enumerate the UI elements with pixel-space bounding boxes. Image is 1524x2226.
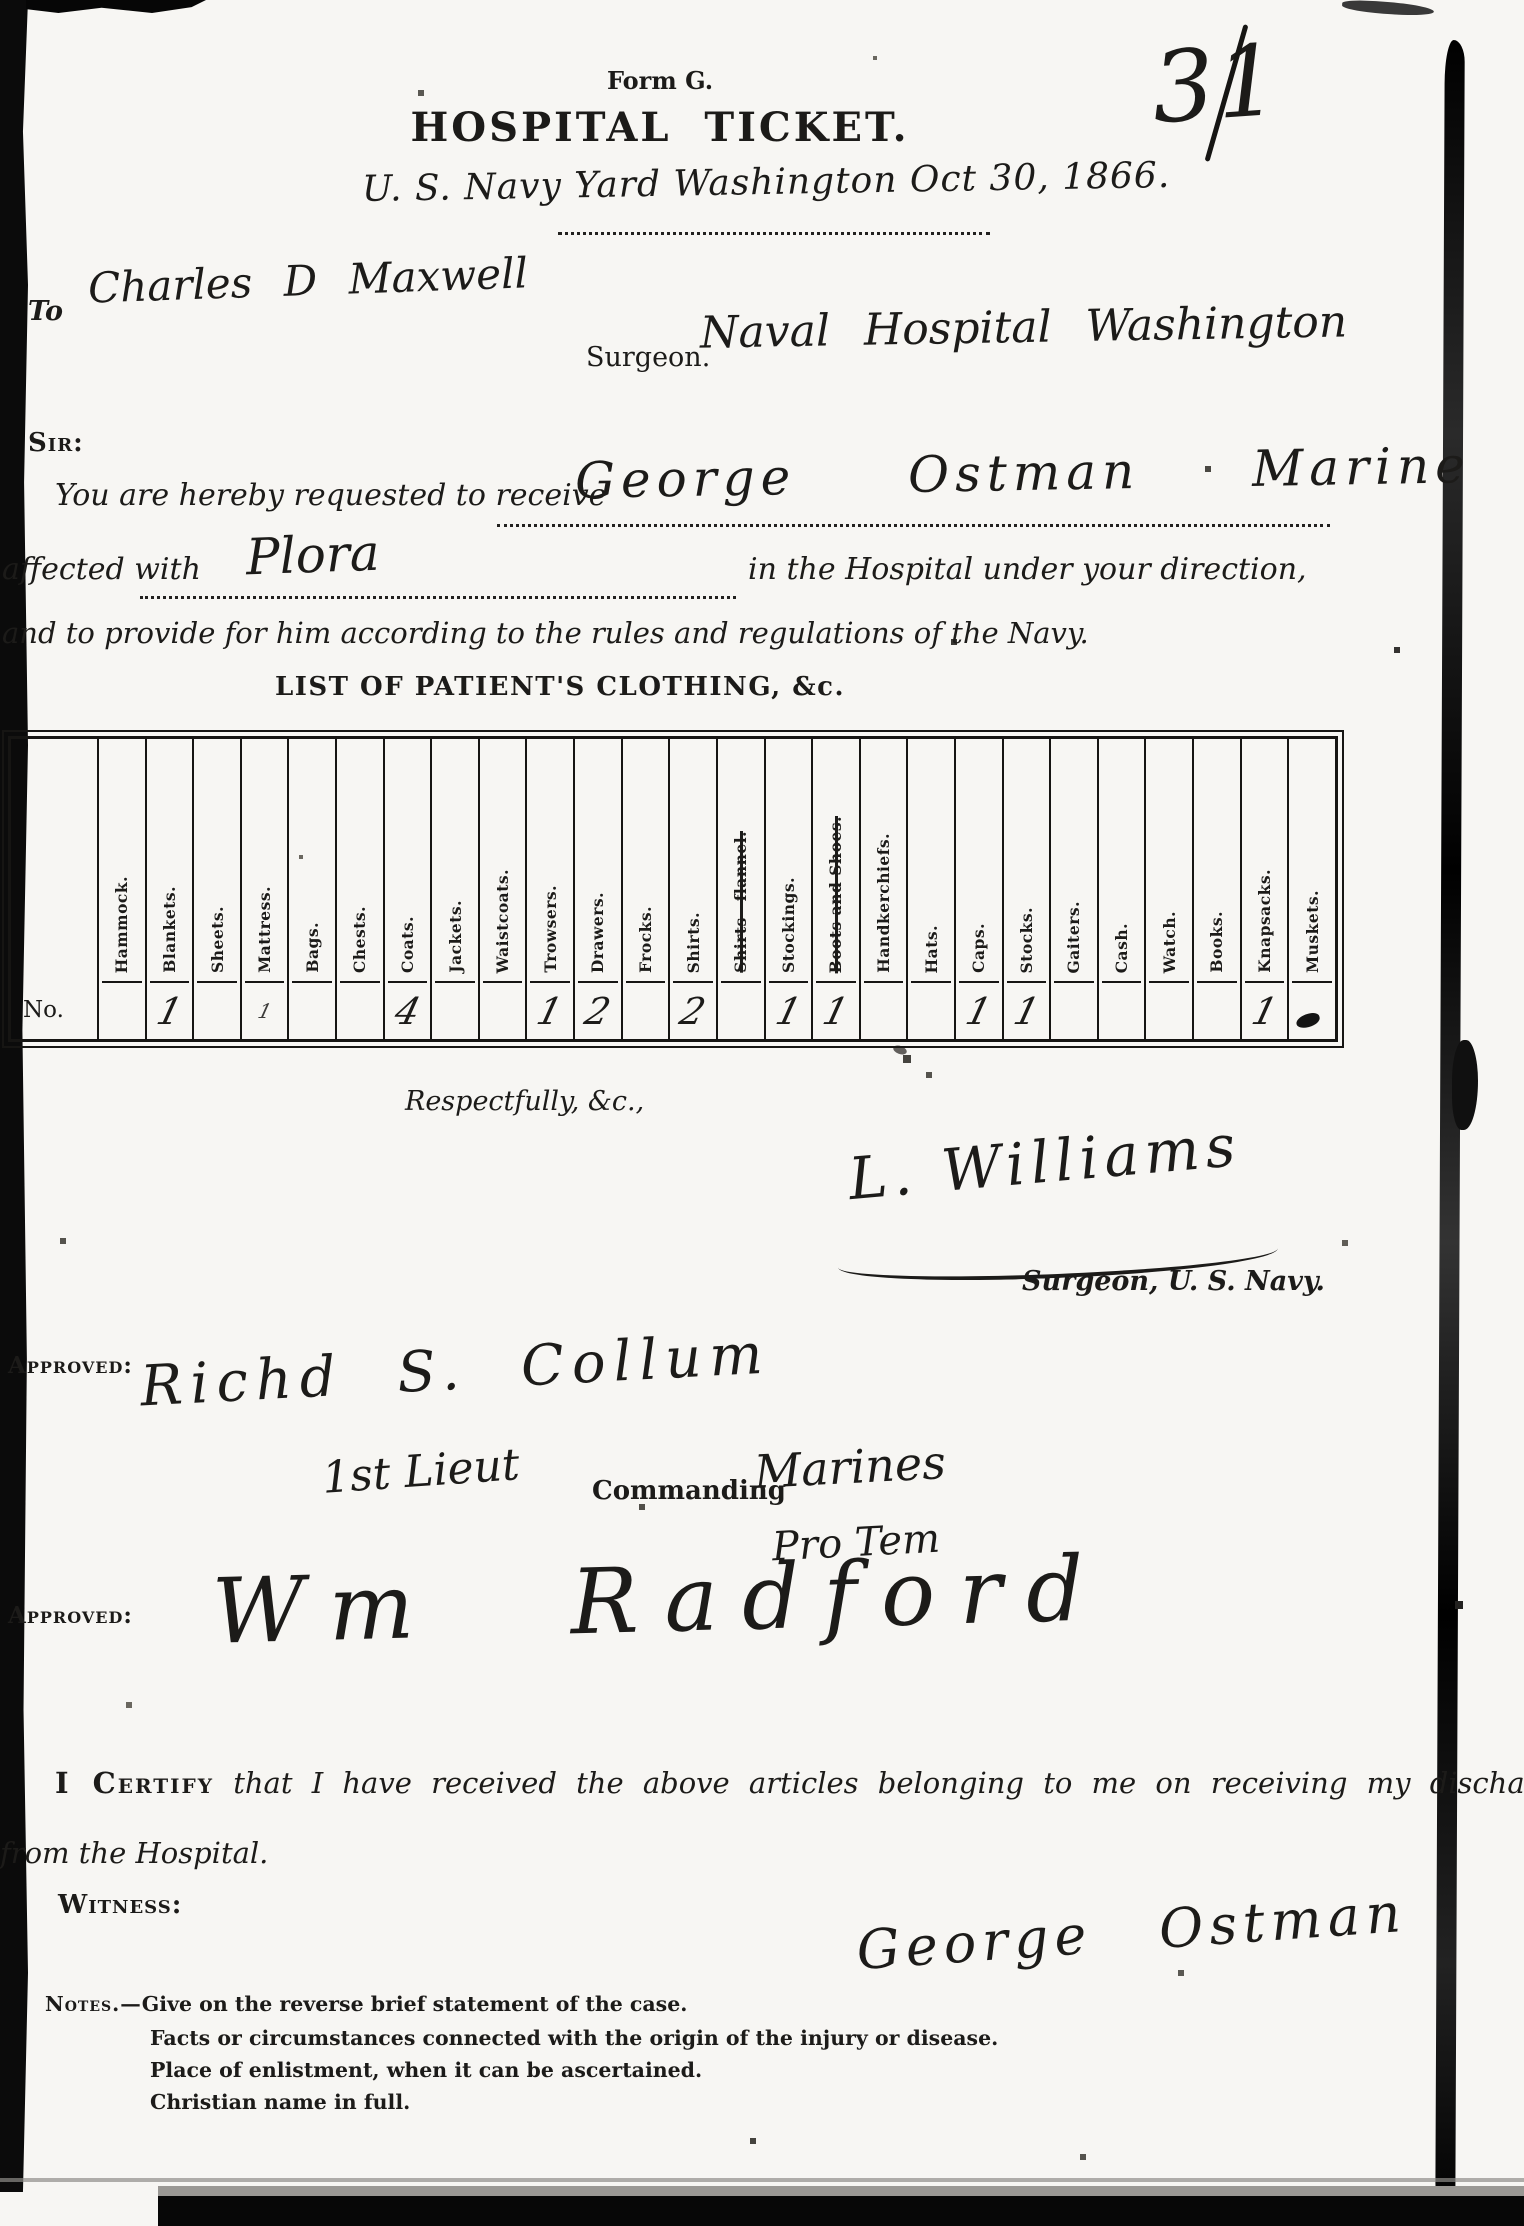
clothing-column-label: Stockings.	[779, 877, 798, 973]
clothing-column-label: Stocks.	[1017, 907, 1036, 974]
certify-lead: I Certify	[55, 1766, 214, 1800]
clothing-column-label: Hammock.	[112, 876, 131, 973]
clothing-column: Handkerchiefs.	[859, 739, 907, 1039]
witness-label: Witness:	[58, 1890, 182, 1920]
row-label: No.	[23, 997, 64, 1023]
scan-mark-top-right	[1342, 0, 1435, 17]
clothing-column-label: Drawers.	[588, 892, 607, 973]
diagnosis-dotted-line	[140, 596, 736, 599]
request-label: You are hereby requested to receive	[55, 478, 606, 513]
clothing-column-label: Knapsacks.	[1255, 869, 1274, 973]
hospital-ticket-scan: Form G. HOSPITAL TICKET. 31 U. S. Navy Y…	[0, 0, 1524, 2226]
clothing-column: Caps.1	[954, 739, 1002, 1039]
clothing-column-label: Blankets.	[160, 886, 179, 973]
clothing-column: Muskets.	[1287, 739, 1335, 1039]
notes-line-1: Notes.—Give on the reverse brief stateme…	[45, 1992, 687, 2016]
notes-item: Place of enlistment, when it can be asce…	[150, 2058, 702, 2082]
notes-item: Christian name in full.	[150, 2090, 410, 2114]
clothing-column: Gaiters.	[1049, 739, 1097, 1039]
clothing-column-label: Gaiters.	[1064, 901, 1083, 973]
page-title: HOSPITAL TICKET.	[340, 104, 980, 151]
scan-edge-bottom	[158, 2196, 1524, 2226]
clothing-column-label: Frocks.	[636, 906, 655, 973]
patient-name-dotted-line	[497, 524, 1330, 527]
clothing-column-label: Muskets.	[1303, 890, 1322, 973]
form-label: Form G.	[440, 66, 880, 95]
clothing-column: Jackets.	[430, 739, 478, 1039]
surgeon-station-handwriting: Naval Hospital Washington	[700, 296, 1348, 358]
clothing-column: Blankets.1	[145, 739, 193, 1039]
clothing-column: Cash.	[1097, 739, 1145, 1039]
ink-smudge	[892, 1044, 908, 1056]
clothing-column: Knapsacks.1	[1240, 739, 1288, 1039]
clothing-column-label: Bags.	[303, 922, 322, 973]
certify-line-2: from the Hospital.	[0, 1836, 268, 1870]
respectfully-text: Respectfully, &c.,	[405, 1086, 644, 1117]
clothing-column: Shirts—flannel.	[716, 739, 764, 1039]
clothing-column-label: Chests.	[350, 906, 369, 973]
scan-ink-blob	[1452, 1040, 1478, 1130]
clothing-column-label: Caps.	[969, 923, 988, 973]
clothing-column-label: Trowsers.	[541, 885, 560, 973]
approved-label-1: Approved:	[8, 1352, 133, 1379]
clothing-column-label: Watch.	[1160, 911, 1179, 973]
clothing-column: Sheets.	[192, 739, 240, 1039]
clothing-column-label: Coats.	[398, 916, 417, 973]
clothing-column: Stocks.1	[1002, 739, 1050, 1039]
notes-intro: Give on the reverse brief statement of t…	[142, 1992, 688, 2016]
addressee-handwriting: Charles D Maxwell	[87, 248, 528, 312]
clothing-list-heading: LIST OF PATIENT'S CLOTHING, &c.	[160, 672, 960, 702]
certify-body: that I have received the above articles …	[233, 1766, 1524, 1800]
clothing-column-label: Handkerchiefs.	[874, 833, 893, 973]
clothing-column: Drawers.2	[573, 739, 621, 1039]
surgeon-label: Surgeon.	[586, 342, 710, 373]
provide-text: and to provide for him according to the …	[2, 616, 1089, 650]
affected-with-label: affected with	[2, 552, 201, 587]
clothing-column: Watch.	[1144, 739, 1192, 1039]
clothing-table-no-cell: No.	[11, 739, 97, 1039]
clothing-column: Stockings.1	[764, 739, 812, 1039]
clothing-column: Books.	[1192, 739, 1240, 1039]
scan-mark-top-left	[26, 0, 206, 13]
clothing-column-label: Shirts—flannel.	[731, 831, 750, 973]
approver-signature-1: Richd S. Collum	[139, 1322, 772, 1420]
clothing-column: Boots and Shoes.1	[811, 739, 859, 1039]
clothing-column-label: Books.	[1207, 911, 1226, 973]
scan-edge-right	[1435, 40, 1465, 2226]
approver-rank-handwriting: 1st Lieut	[320, 1439, 521, 1504]
patient-name-handwriting: George Ostman Marine	[575, 436, 1472, 510]
clothing-column-label: Jackets.	[446, 900, 465, 973]
clothing-column-label: Waistcoats.	[493, 869, 512, 973]
clothing-column-label: Hats.	[922, 925, 941, 973]
clothing-column: Shirts.2	[668, 739, 716, 1039]
surgeon-title: Surgeon, U. S. Navy.	[1022, 1266, 1325, 1297]
clothing-column: Coats.4	[383, 739, 431, 1039]
scan-specks	[0, 0, 2, 2]
clothing-column: Frocks.	[621, 739, 669, 1039]
surgeon-signature: L. Williams	[846, 1111, 1244, 1213]
clothing-column: Mattress.1	[240, 739, 288, 1039]
clothing-column-label: Sheets.	[208, 906, 227, 973]
clothing-column: Trowsers.1	[525, 739, 573, 1039]
approved-label-2: Approved:	[8, 1602, 133, 1629]
certify-line-1: I Certify that I have received the above…	[55, 1766, 1524, 1800]
scan-line-bottom	[0, 2178, 1524, 2182]
clothing-column: Bags.	[287, 739, 335, 1039]
notes-label: Notes.—	[45, 1992, 142, 2016]
direction-text: in the Hospital under your direction,	[748, 552, 1307, 587]
clothing-column-label: Shirts.	[684, 912, 703, 973]
patient-signature: George Ostman	[854, 1881, 1408, 1982]
clothing-column: Hats.	[906, 739, 954, 1039]
diagnosis-handwriting: Plora	[245, 524, 380, 587]
clothing-column: Chests.	[335, 739, 383, 1039]
clothing-column: Waistcoats.	[478, 739, 526, 1039]
date-line-handwriting: U. S. Navy Yard Washington Oct 30, 1866.	[362, 155, 1171, 210]
clothing-table: No. Hammock.Blankets.1Sheets.Mattress.1B…	[8, 736, 1338, 1042]
to-label: To	[28, 296, 63, 327]
salutation: Sir:	[28, 428, 84, 458]
clothing-column: Hammock.	[97, 739, 145, 1039]
date-dotted-line	[558, 232, 990, 235]
notes-item: Facts or circumstances connected with th…	[150, 2026, 998, 2050]
clothing-column-label: Cash.	[1112, 923, 1131, 973]
clothing-column-label: Mattress.	[255, 886, 274, 973]
approver-signature-2: Wm Radford	[211, 1536, 1109, 1664]
approver-unit-handwriting: Marines	[753, 1435, 947, 1499]
clothing-column-label: Boots and Shoes.	[826, 816, 845, 973]
